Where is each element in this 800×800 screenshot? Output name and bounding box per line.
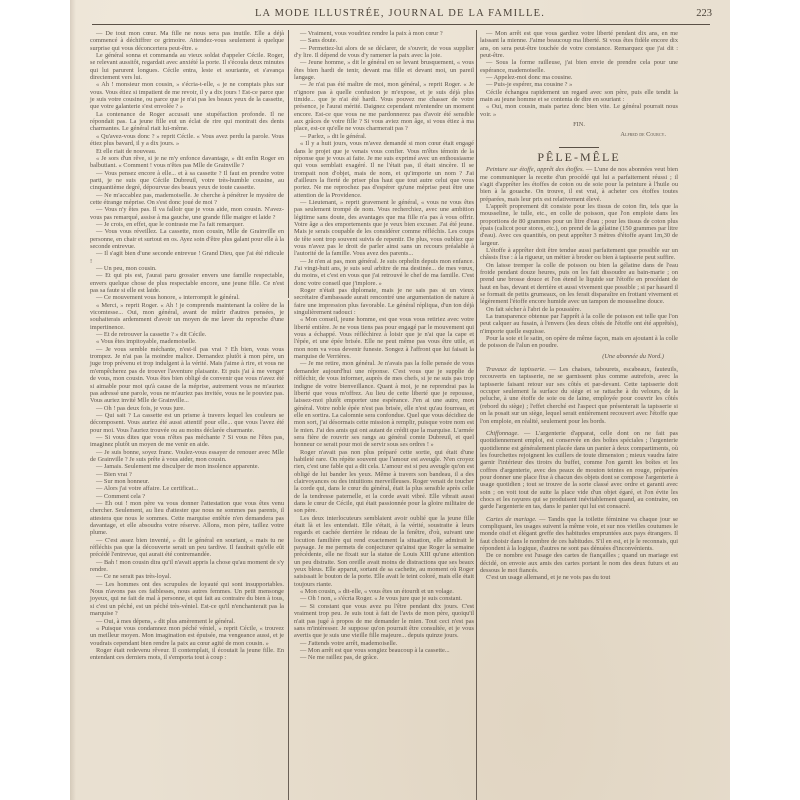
paragraph: Et elle riait de nouveau. [90,148,284,155]
item-text: — Les chaises, tabourets, escabeaux, fau… [480,366,678,424]
paragraph: — Sur mon honneur. [90,478,284,485]
paragraph: — J'attends votre arrêt, mademoiselle. [294,640,474,647]
paragraph: — Alors j'ai votre affaire. Le certifica… [90,485,284,492]
paragraph: — Mon arrêt est que vous gardiez votre l… [480,30,678,59]
paragraph: Cartes de mariage. — Tandis que la toile… [480,516,678,553]
paragraph: — Oh ! pas deux fois, je vous jure. [90,405,284,412]
paragraph: Roger était redevenu rêveur. Il contempl… [90,647,284,662]
paragraph: — Ce mouvement vous honore, » interrompi… [90,294,284,301]
column-divider-1-lower [288,300,289,800]
item-title: Peinture sur étoffe, apprêt des étoffes. [486,166,586,173]
paragraph: — Si vous dites que vous n'êtes pas méch… [90,434,284,449]
magazine-page: LA MODE ILLUSTRÉE, JOURNAL DE LA FAMILLE… [70,0,730,800]
story-end-marker: FIN. [480,121,678,128]
header-rule [92,24,710,25]
column-left: — De tout mon cœur. Ma fille ne nous ser… [90,30,284,662]
item-title: Cartes de mariage. [486,516,539,523]
paragraph: — Jeune homme, » dit le général en se le… [294,59,474,81]
paragraph: — Vous pensez encore à elle... et à sa c… [90,170,284,192]
paragraph: — Vous vous réveillez. La cassette, mon … [90,228,284,250]
paragraph: « Mon cousin, » dit-elle, « vous êtes un… [294,588,474,595]
paragraph: — Jamais. Seulement me disculper de mon … [90,463,284,470]
paragraph: Travaux de tapisserie. — Les chaises, ta… [480,366,678,425]
item-source: (Une abonnée du Nord.) [480,353,678,360]
author-signature: Alfred de Courcy. [480,131,678,138]
paragraph: « Vous êtes impitoyable, mademoiselle. [90,338,284,345]
story-ending: — Mon arrêt est que vous gardiez votre l… [480,30,678,118]
paragraph: — Je vous semble méchante, n'est-il pas … [90,346,284,405]
paragraph: — Vraiment, vous voudriez rendre la paix… [294,30,474,37]
paragraph: Cécile échangea rapidement un regard ave… [480,89,678,104]
paragraph: — Vous n'y êtes pas. Il va falloir que j… [90,206,284,221]
pele-mele-item: Travaux de tapisserie. — Les chaises, ta… [480,366,678,430]
paragraph: — Bah ! mon cousin dira qu'il n'avait ap… [90,559,284,574]
paragraph: — Permettez-lui alors de se déclarer, de… [294,45,474,60]
paragraph: — Mon arrêt est que vous songiez beaucou… [294,647,474,654]
paragraph: Les deux interlocuteurs semblaient avoir… [294,515,474,588]
paragraph: — Je n'ai pas été maître de moi, mon gén… [294,81,474,132]
paragraph: — Lieutenant, » reprit gravement le géné… [294,199,474,258]
paragraph: — Je crois, en effet, que le contraste m… [90,221,284,228]
paragraph: « Qu'avez-vous donc ? » reprit Cécile. «… [90,133,284,148]
paragraph: — Qui sait ? La cassette est un prisme à… [90,412,284,434]
paragraph: — C'est assez bien inventé, » dit le gén… [90,537,284,559]
paragraph: L'étoffe à apprêter doit être tendue aus… [480,247,678,262]
paragraph: — Appelez-moi donc ma cousine. [480,74,678,81]
item-gap [480,582,678,587]
paragraph: La transparence obtenue par l'apprêt à l… [480,313,678,335]
paragraph: On laisse tremper la colle de poisson ou… [480,262,678,306]
paragraph: On fait sécher à l'abri de la poussière. [480,306,678,313]
column-divider-2 [476,30,477,800]
paragraph: — Et de retrouver la cassette ? » dit Cé… [90,331,284,338]
paragraph: — Puis-je espérer, ma cousine ? » [480,81,678,88]
paragraph: — Un peu, mon cousin. [90,265,284,272]
paragraph: « Il y a huit jours, vous m'avez demandé… [294,140,474,199]
paragraph: « Ah ! monsieur mon cousin, » s'écria-t-… [90,81,284,110]
journal-title: LA MODE ILLUSTRÉE, JOURNAL DE LA FAMILLE… [70,8,730,19]
paragraph: — Et qui pis est, j'aurai paru grossier … [90,272,284,294]
item-title: Travaux de tapisserie. [486,366,549,373]
page-number: 223 [696,8,712,19]
paragraph: C'est un usage allemand, et je ne vois p… [480,574,678,581]
paragraph: — Il s'agit bien d'une seconde entrevue … [90,250,284,265]
section-title: PÊLE-MÊLE [480,154,678,161]
paragraph: Roger n'avait pas non plus préparé cette… [294,449,474,515]
paragraph: — Si constant que vous avez pu l'être pe… [294,603,474,640]
paragraph: — Parlez, » dit le général. [294,133,474,140]
item-text: — L'argenterie d'apparat, celle dont on … [480,430,678,510]
pele-mele-item: Chiffonnage. — L'argenterie d'apparat, c… [480,430,678,516]
paragraph: « Merci, » reprit Roger. « Ah ! je compr… [90,302,284,331]
paragraph: Pour la soie et le satin, on opère de mê… [480,335,678,350]
paragraph: Roger n'était pas diplomate, mais je ne … [294,287,474,316]
paragraph: — Ce ne serait pas très-loyal. [90,573,284,580]
paragraph: — Les hommes ont des scrupules de loyaut… [90,581,284,618]
paragraph: « Puisque vous condamnez mon péché vénie… [90,625,284,647]
item-title: Chiffonnage. [486,430,524,437]
column-right: — Mon arrêt est que vous gardiez votre l… [480,30,678,587]
paragraph: — Bien vrai ? [90,471,284,478]
pele-mele-item: Peinture sur étoffe, apprêt des étoffes.… [480,166,678,360]
column-middle: — Vraiment, vous voudriez rendre la paix… [294,30,474,662]
paragraph: Peinture sur étoffe, apprêt des étoffes.… [480,166,678,203]
paragraph: La contenance de Roger accusait une stup… [90,111,284,133]
paragraph: De ce nombre est l'usage des cartes de f… [480,552,678,574]
pele-mele-items: Peinture sur étoffe, apprêt des étoffes.… [480,166,678,587]
paragraph: « Je sors d'un rêve, si je ne m'y enfonc… [90,155,284,170]
paragraph: L'apprêt proprement dit consiste pour le… [480,203,678,247]
pele-mele-item: Cartes de mariage. — Tandis que la toile… [480,516,678,587]
paragraph: — Je me retire, mon général. Je n'avais … [294,360,474,448]
paragraph: — De tout mon cœur. Ma fille ne nous ser… [90,30,284,52]
column-divider-1 [288,30,289,298]
paragraph: — Oui, à mes dépens, » dit plus amèremen… [90,618,284,625]
running-header: LA MODE ILLUSTRÉE, JOURNAL DE LA FAMILLE… [70,6,730,22]
paragraph: — Ne me raillez pas, de grâce. [294,654,474,661]
paragraph: — Je suis bonne, soyez franc. Voulez-vou… [90,449,284,464]
paragraph: — Sans doute. [294,37,474,44]
section-separator [559,147,599,148]
paragraph: — Eh oui ! mon père va vous donner l'att… [90,500,284,537]
paragraph: — Sous la forme railleuse, j'ai bien env… [480,59,678,74]
paragraph: — Ne m'accablez pas, mademoiselle. Je ch… [90,192,284,207]
paragraph: « Oui, mon cousin, mais partez donc bien… [480,103,678,118]
paragraph: — Comment cela ? [90,493,284,500]
paragraph: Chiffonnage. — L'argenterie d'apparat, c… [480,430,678,511]
paragraph: — Je n'en ai pas, mon général. Je suis o… [294,258,474,287]
paragraph: « Mon conseil, jeune homme, est que vous… [294,316,474,360]
paragraph: Le général sonna et commanda au vieux so… [90,52,284,81]
paragraph: — Oh ! non, » s'écria Roger. « Je vous j… [294,595,474,602]
page-gutter-shadow [70,0,76,800]
